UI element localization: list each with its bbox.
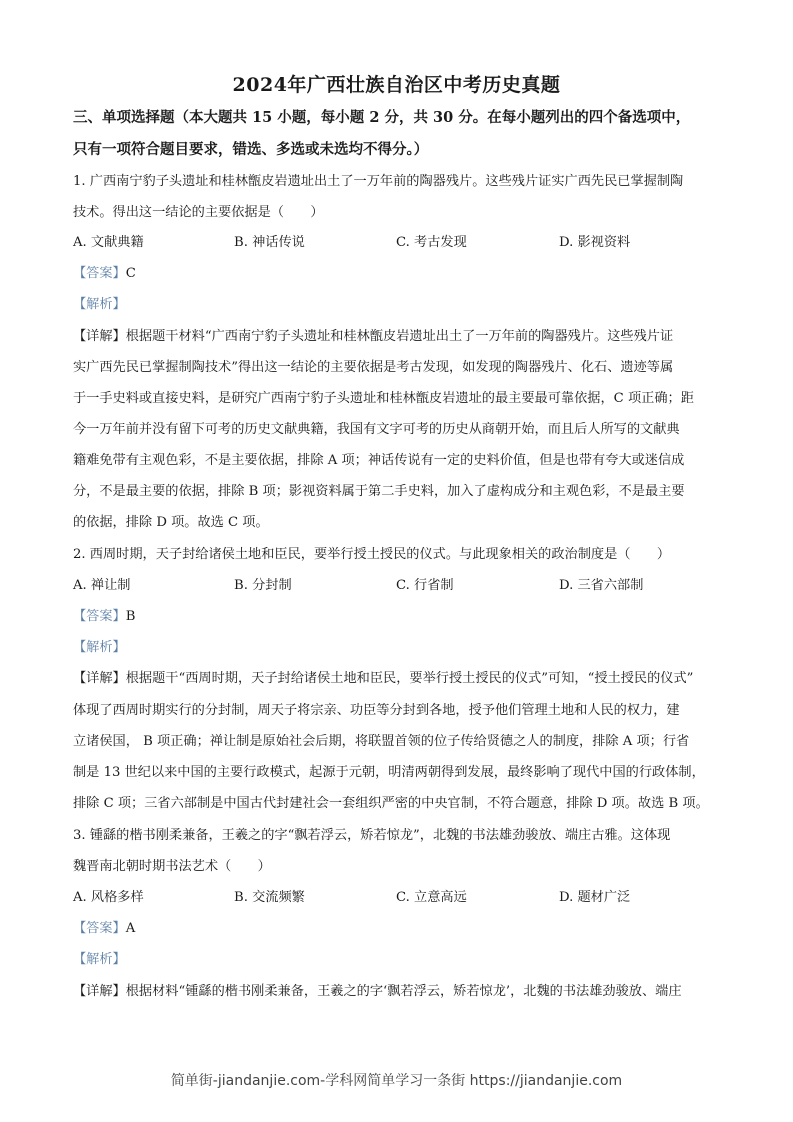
question-stem: 魏晋南北朝时期书法艺术（ ） [73,857,723,877]
detail-text: 分，不是最主要的依据，排除 B 项；影视资料属于第二手史料，加入了虚构成分和主观… [73,482,723,502]
question-stem: 技术。得出这一结论的主要依据是（ ） [73,203,723,223]
option-d: D. 题材广泛 [559,888,630,908]
option-d: D. 三省六部制 [559,576,643,596]
detail-text: 制是 13 世纪以来中国的主要行政模式，起源于元朝，明清两朝得到发展，最终影响了… [73,763,723,783]
detail-text: 籍难免带有主观色彩，不是主要依据，排除 A 项；神话传说有一定的史料价值，但是也… [73,451,723,471]
detail-text: 根据题干“西周时期，天子封给诸侯土地和臣民，要举行授土授民的仪式”可知，“授土授… [126,671,694,686]
answer-value: A [126,921,136,936]
question-stem: 1. 广西南宁豹子头遗址和桂林甑皮岩遗址出土了一万年前的陶器残片。这些残片证实广… [73,172,723,192]
section-heading-line-2: 只有一项符合题目要求，错选、多选或未选均不得分。） [73,140,723,160]
analysis-line: 【解析】 [73,295,723,315]
detail-tag: 【详解】 [73,984,126,999]
answer-value: B [126,609,136,624]
option-c: C. 立意高远 [396,888,467,908]
footer-watermark: 简单街-jiandanjie.com-学科网简单学习一条街 https://ji… [0,1070,793,1090]
analysis-tag: 【解析】 [73,297,126,312]
option-d: D. 影视资料 [559,233,630,253]
option-a: A. 文献典籍 [73,233,144,253]
option-b: B. 分封制 [234,576,292,596]
answer-line: 【答案】B [73,607,723,627]
detail-text: 根据题干材料“广西南宁豹子头遗址和桂林甑皮岩遗址出土了一万年前的陶器残片。这些残… [126,329,673,344]
option-b: B. 交流频繁 [234,888,305,908]
option-c: C. 考古发现 [396,233,467,253]
option-c: C. 行省制 [396,576,454,596]
detail-text: 的依据，排除 D 项。故选 C 项。 [73,513,723,533]
detail-tag: 【详解】 [73,671,126,686]
answer-tag: 【答案】 [73,609,126,624]
analysis-tag: 【解析】 [73,952,126,967]
detail-tag: 【详解】 [73,329,126,344]
detail-line: 【详解】根据题干“西周时期，天子封给诸侯土地和臣民，要举行授土授民的仪式”可知，… [73,669,723,689]
answer-line: 【答案】A [73,919,723,939]
answer-tag: 【答案】 [73,266,126,281]
analysis-tag: 【解析】 [73,640,126,655]
question-stem: 2. 西周时期，天子封给诸侯土地和臣民，要举行授土授民的仪式。与此现象相关的政治… [73,545,723,565]
analysis-line: 【解析】 [73,638,723,658]
detail-text: 排除 C 项；三省六部制是中国古代封建社会一套组织严密的中央官制，不符合题意，排… [73,794,723,814]
option-a: A. 禅让制 [73,576,130,596]
detail-line: 【详解】根据材料“锺繇的楷书刚柔兼备，王羲之的字‘飘若浮云，矫若惊龙’，北魏的书… [73,982,723,1002]
detail-text: 于一手史料或直接史料，是研究广西南宁豹子头遗址和桂林甑皮岩遗址的最主要最可靠依据… [73,389,723,409]
option-a: A. 风格多样 [73,888,144,908]
question-stem: 3. 锺繇的楷书刚柔兼备，王羲之的字“飘若浮云，矫若惊龙”，北魏的书法雄劲骏放、… [73,826,723,846]
analysis-line: 【解析】 [73,950,723,970]
detail-text: 根据材料“锺繇的楷书刚柔兼备，王羲之的字‘飘若浮云，矫若惊龙’，北魏的书法雄劲骏… [126,984,682,999]
detail-text: 今一万年前并没有留下可考的历史文献典籍，我国有文字可考的历史从商朝开始，而且后人… [73,420,723,440]
detail-line: 【详解】根据题干材料“广西南宁豹子头遗址和桂林甑皮岩遗址出土了一万年前的陶器残片… [73,327,723,347]
section-heading-line-1: 三、单项选择题（本大题共 15 小题，每小题 2 分，共 30 分。在每小题列出… [73,108,723,128]
document-page: 2024年广西壮族自治区中考历史真题 三、单项选择题（本大题共 15 小题，每小… [0,0,793,1122]
detail-text: 体现了西周时期实行的分封制，周天子将宗亲、功臣等分封到各地，授予他们管理土地和人… [73,701,723,721]
option-b: B. 神话传说 [234,233,305,253]
detail-text: 立诸侯国， B 项正确；禅让制是原始社会后期，将联盟首领的位子传给贤德之人的制度… [73,732,723,752]
detail-text: 实广西先民已掌握制陶技术”得出这一结论的主要依据是考古发现，如发现的陶器残片、化… [73,358,723,378]
answer-value: C [126,266,136,281]
page-title: 2024年广西壮族自治区中考历史真题 [0,70,793,97]
answer-line: 【答案】C [73,264,723,284]
answer-tag: 【答案】 [73,921,126,936]
